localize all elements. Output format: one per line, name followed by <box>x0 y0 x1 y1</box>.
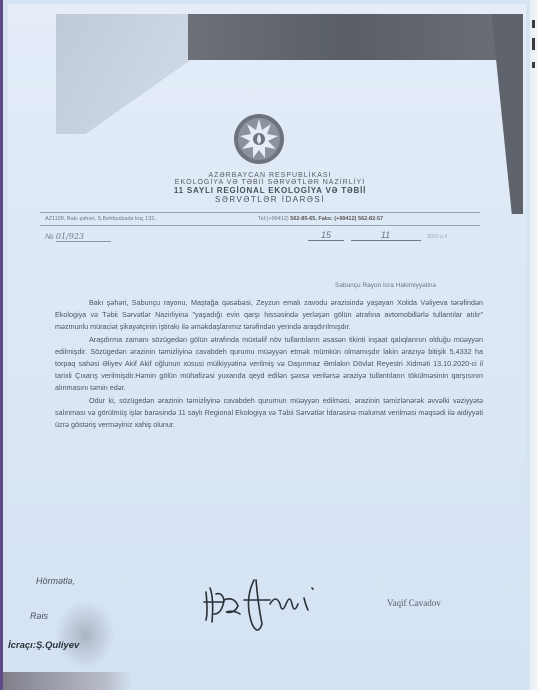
reference-number: № 01/923 <box>45 232 111 242</box>
document-date: 15 11 2021-ci il <box>308 230 447 241</box>
ink-smudge <box>55 600 115 670</box>
photo-right-edge <box>530 0 538 690</box>
closing-salutation: Hörmətlə, <box>36 576 75 586</box>
letter-body: Bakı şəhəri, Sabunçu rayonu, Maştağa qəs… <box>55 297 483 431</box>
tel-number: 562-85-65, <box>290 216 317 222</box>
date-month: 11 <box>351 230 421 241</box>
fax-number: 562-82-57 <box>358 216 383 222</box>
contacts: Tel:(+99412) 562-85-65, Faks: (+99412) 5… <box>258 216 383 222</box>
fax-label: Faks: (+99412) <box>318 216 356 222</box>
date-year: 2021-ci il <box>427 234 447 240</box>
contacts-rule <box>40 225 480 226</box>
reference-value: 01/923 <box>56 232 111 242</box>
reference-prefix: № <box>45 232 54 241</box>
recipient: Sabunçu Rayon İcra Hakimiyyətinə <box>335 282 436 289</box>
signatory-name: Vaqif Cavadov <box>387 598 441 608</box>
letterhead-department: 11 SAYLI REGİONAL EKOLOGİYA VƏ TƏBİİ <box>120 186 420 195</box>
executor: İcraçı:Ş.Quliyev <box>8 640 79 651</box>
tel-label: Tel:(+99412) <box>258 216 289 222</box>
header-rule <box>40 212 480 213</box>
signature-icon <box>200 570 340 640</box>
paper-fold-shadow <box>56 14 191 134</box>
signatory-role: Rəis <box>30 611 48 621</box>
address: AZ1109, Bakı şəhəri, S.Behbudzadə küç 13… <box>45 216 156 222</box>
paragraph-1: Bakı şəhəri, Sabunçu rayonu, Maştağa qəs… <box>55 297 483 334</box>
dark-frame-top <box>188 14 508 60</box>
letterhead-ministry: EKOLOGİYA VƏ TƏBİİ SƏRVƏTLƏR NAZİRLİYİ <box>120 179 420 186</box>
azerbaijan-emblem-icon <box>232 112 286 166</box>
photo-left-edge <box>0 0 3 690</box>
letterhead-country: AZƏRBAYCAN RESPUBLİKASI <box>120 172 420 179</box>
letterhead-department-cont: SƏRVƏTLƏR İDARƏSİ <box>120 195 420 204</box>
paragraph-3: Odur ki, sözügedən ərazinin təmizliyinə … <box>55 395 483 432</box>
paragraph-2: Araşdırma zamanı sözügedən gölün ətrafın… <box>55 334 483 395</box>
date-day: 15 <box>308 230 344 241</box>
letterhead: AZƏRBAYCAN RESPUBLİKASI EKOLOGİYA VƏ TƏB… <box>120 172 420 204</box>
photo-bottom-shadow <box>3 672 133 690</box>
